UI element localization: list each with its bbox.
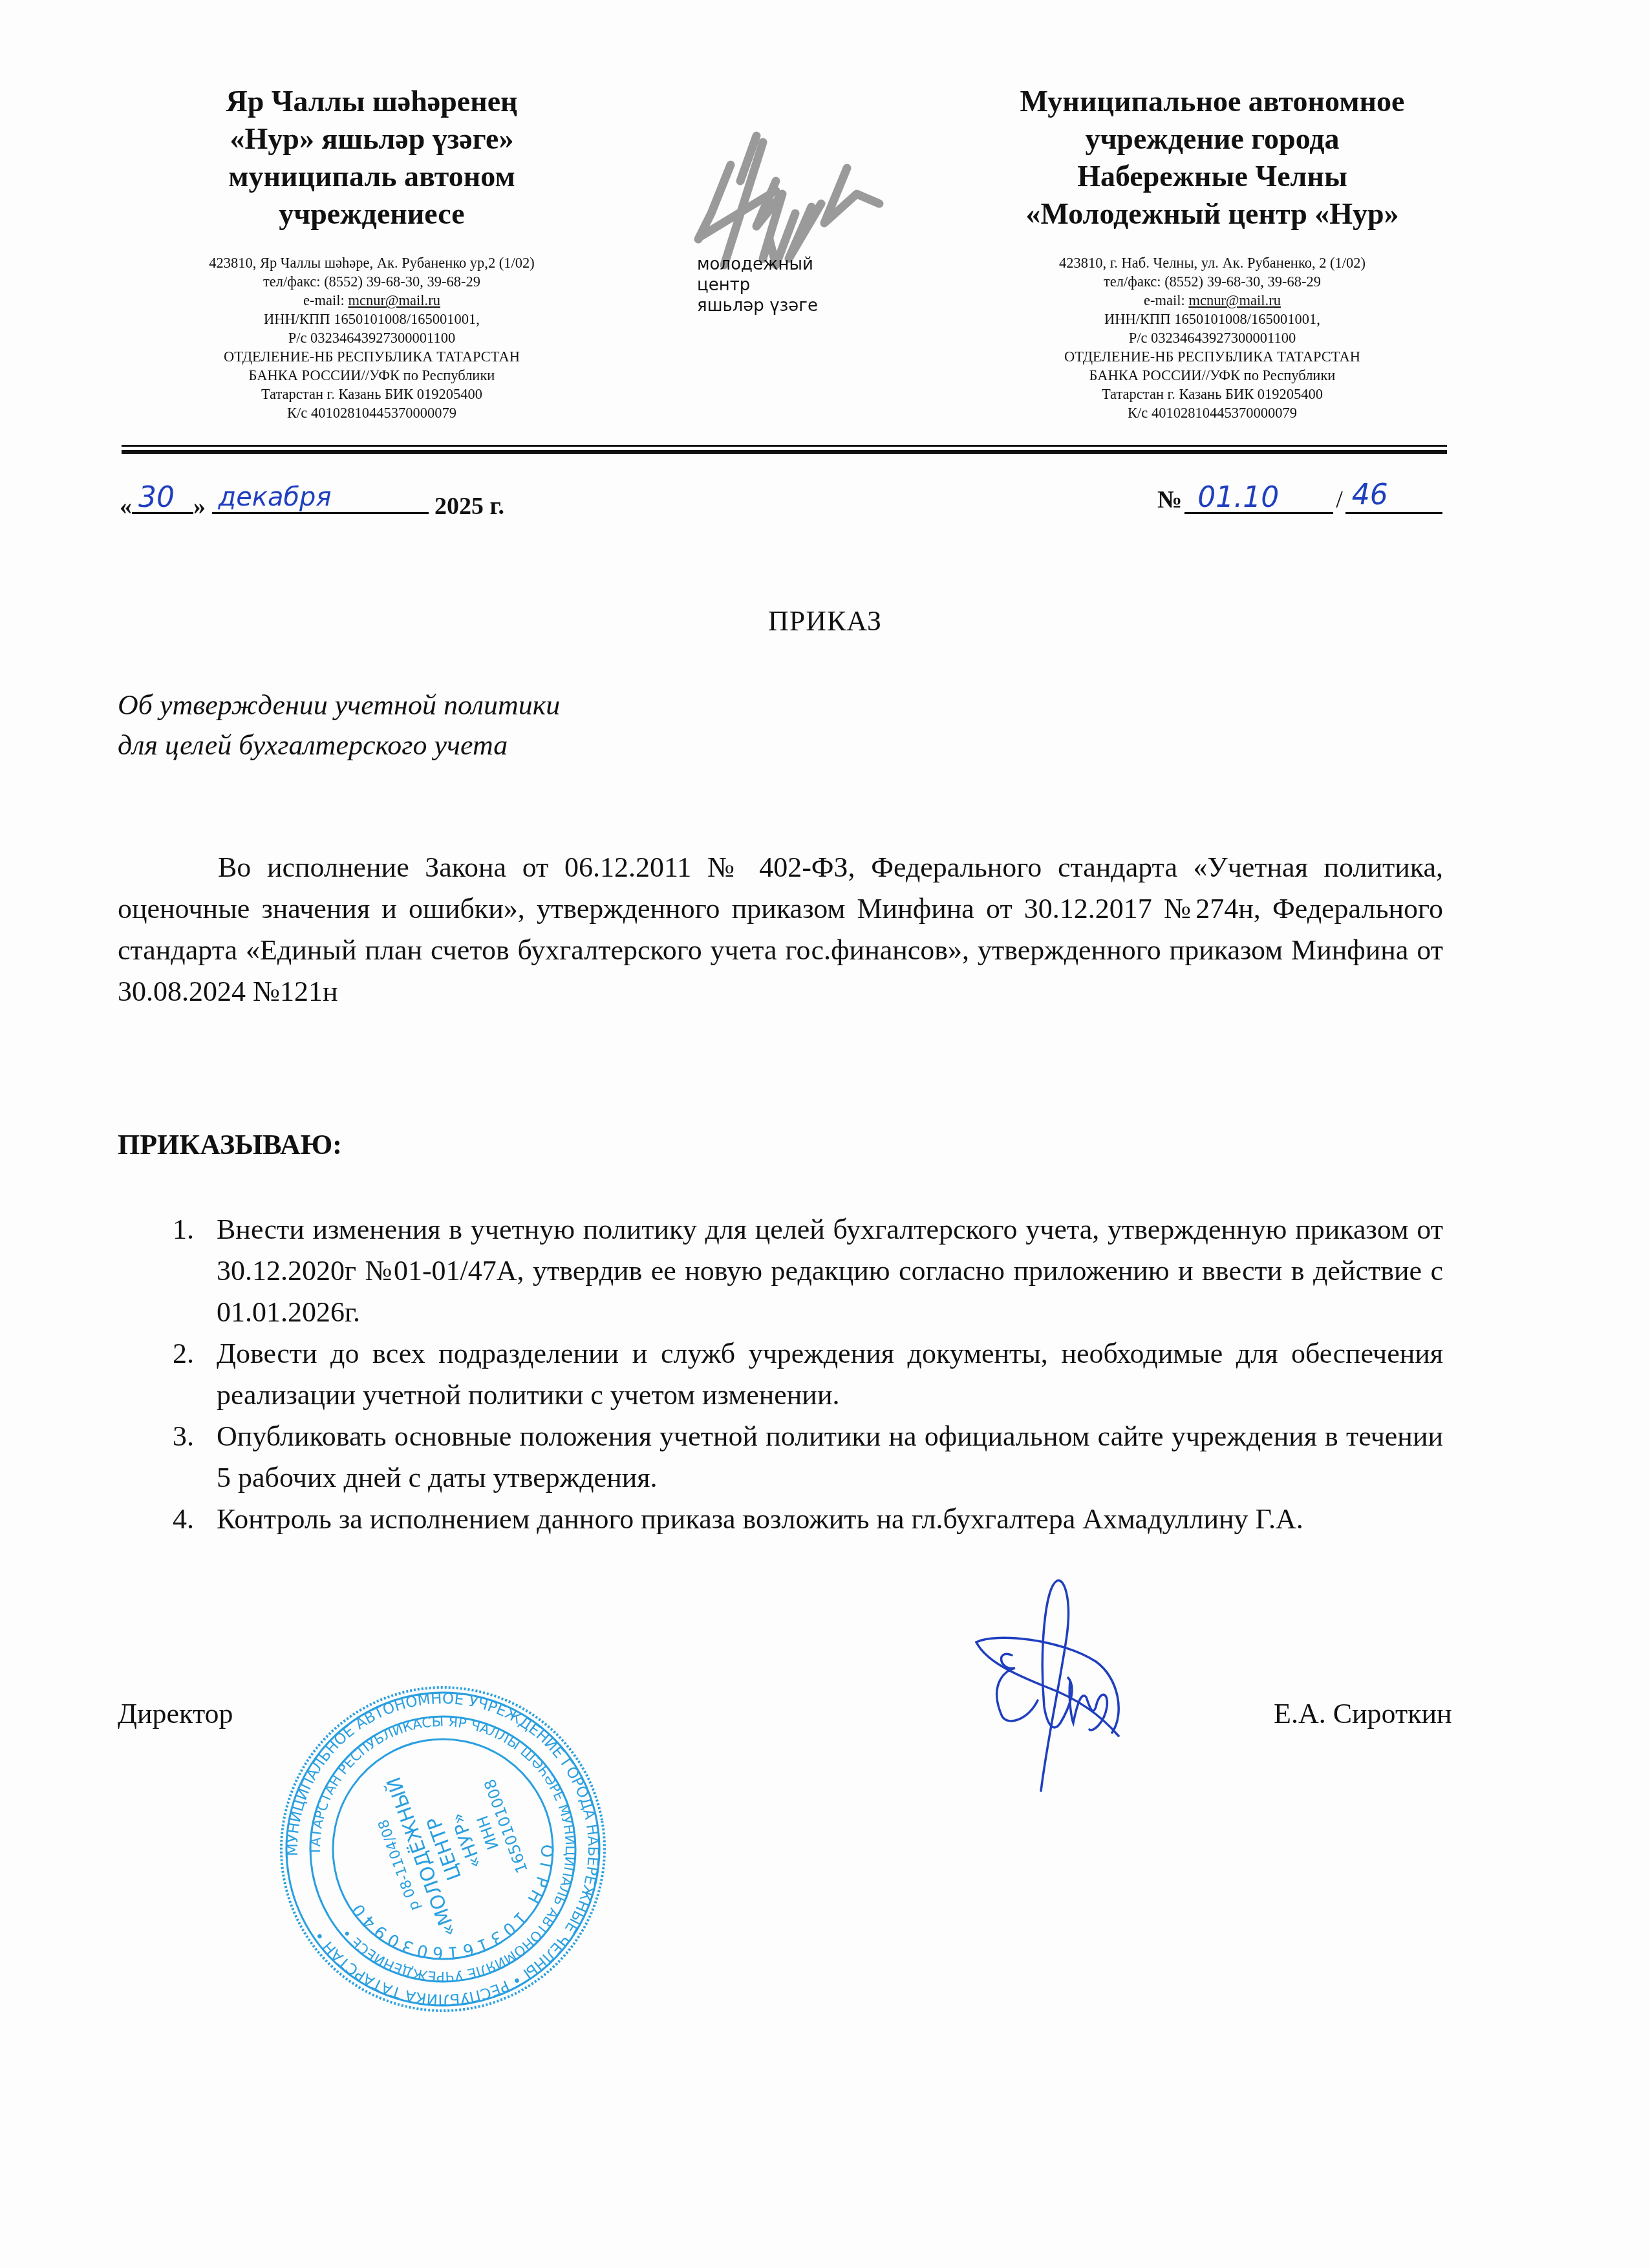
order-heading: ПРИКАЗЫВАЮ:	[118, 1128, 342, 1161]
number-field-1: 01.10	[1184, 484, 1333, 514]
org-name-line: учреждениесе	[139, 195, 605, 233]
org-name-line: «Нур» яшьләр үзәге»	[139, 120, 605, 158]
item-text: Довести до всех подразделении и служб уч…	[217, 1338, 1443, 1411]
email-link[interactable]: mcnur@mail.ru	[1188, 292, 1281, 308]
org-name-line: учреждение города	[976, 120, 1448, 158]
document-page: Яр Чаллы шәһәренең «Нур» яшьләр үзәге» м…	[0, 0, 1650, 2268]
header-left-tatar: Яр Чаллы шәһәренең «Нур» яшьләр үзәге» м…	[139, 83, 605, 422]
order-items-list: 1.Внести изменения в учетную политику дл…	[118, 1209, 1443, 1540]
header-divider-thin	[122, 445, 1447, 447]
day-field: 30	[132, 484, 193, 514]
logo-caption-line: центр	[697, 275, 818, 295]
official-stamp-icon: МУНИЦИПАЛЬНОЕ АВТОНОМНОЕ УЧРЕЖДЕНИЕ ГОРО…	[275, 1681, 611, 2017]
header-divider-thick	[122, 450, 1447, 454]
month-field: декабря	[212, 484, 429, 514]
order-item: 4.Контроль за исполнением данного приказ…	[118, 1499, 1443, 1540]
email-line: e-mail: mcnur@mail.ru	[139, 291, 605, 310]
year: 2025 г.	[434, 493, 504, 520]
logo-caption-line: яшьләр үзәге	[697, 295, 818, 316]
item-number: 2.	[173, 1333, 194, 1375]
subject-line: Об утверждении учетной политики	[118, 685, 560, 725]
number-separator: /	[1336, 486, 1343, 513]
signatory-name: Е.А. Сироткин	[1274, 1697, 1452, 1730]
org-name-line: Муниципальное автономное	[976, 83, 1448, 120]
logo-caption-line: молодежный	[697, 254, 818, 275]
item-number: 1.	[173, 1209, 194, 1250]
document-date: «30» декабря 2025 г.	[120, 484, 504, 520]
signatory-role: Директор	[118, 1697, 233, 1730]
org-name-line: Набережные Челны	[976, 158, 1448, 195]
inn-kpp: ИНН/КПП 1650101008/165001001,	[976, 310, 1448, 328]
item-text: Внести изменения в учетную политику для …	[217, 1214, 1443, 1328]
header-right-russian: Муниципальное автономное учреждение горо…	[976, 83, 1448, 422]
handwritten-signature-icon	[957, 1578, 1151, 1797]
order-item: 1.Внести изменения в учетную политику дл…	[118, 1209, 1443, 1333]
org-name-line: Яр Чаллы шәһәренең	[139, 83, 605, 120]
number-part1-handwritten: 01.10	[1197, 481, 1279, 514]
quote-close: »	[193, 493, 206, 520]
address: 423810, г. Наб. Челны, ул. Ак. Рубаненко…	[976, 253, 1448, 272]
item-text: Контроль за исполнением данного приказа …	[217, 1503, 1303, 1535]
corr-account: К/с 40102810445370000079	[139, 403, 605, 422]
email-label: e-mail:	[303, 292, 348, 308]
email-link[interactable]: mcnur@mail.ru	[348, 292, 440, 308]
org-details-russian: 423810, г. Наб. Челны, ул. Ак. Рубаненко…	[976, 253, 1448, 422]
corr-account: К/с 40102810445370000079	[976, 403, 1448, 422]
number-part2-handwritten: 46	[1352, 478, 1388, 511]
number-sign: №	[1157, 486, 1182, 513]
org-name-tatar: Яр Чаллы шәһәренең «Нур» яшьләр үзәге» м…	[139, 83, 605, 233]
document-subject: Об утверждении учетной политики для целе…	[118, 685, 560, 765]
org-name-line: муниципаль автоном	[139, 158, 605, 195]
day-handwritten: 30	[138, 481, 175, 514]
item-text: Опубликовать основные положения учетной …	[217, 1420, 1443, 1493]
number-field-2: 46	[1345, 484, 1442, 514]
quote-open: «	[120, 493, 132, 520]
bank-account: Р/с 03234643927300001100	[976, 328, 1448, 347]
bank-name-1: ОТДЕЛЕНИЕ-НБ РЕСПУБЛИКА ТАТАРСТАН	[976, 347, 1448, 366]
address: 423810, Яр Чаллы шәһәре, Ак. Рубаненко у…	[139, 253, 605, 272]
document-title: ПРИКАЗ	[0, 604, 1650, 637]
bank-account: Р/с 03234643927300001100	[139, 328, 605, 347]
bank-name-2: БАНКА РОССИИ//УФК по Республики	[976, 366, 1448, 385]
document-number: №01.10/46	[1157, 484, 1442, 514]
item-number: 3.	[173, 1416, 194, 1457]
email-label: e-mail:	[1144, 292, 1188, 308]
phone: тел/факс: (8552) 39-68-30, 39-68-29	[976, 272, 1448, 291]
bank-name-2: БАНКА РОССИИ//УФК по Республики	[139, 366, 605, 385]
order-item: 2.Довести до всех подразделении и служб …	[118, 1333, 1443, 1416]
org-name-russian: Муниципальное автономное учреждение горо…	[976, 83, 1448, 233]
month-handwritten: декабря	[219, 482, 332, 512]
bank-bik: Татарстан г. Казань БИК 019205400	[139, 385, 605, 403]
org-name-line: «Молодежный центр «Нур»	[976, 195, 1448, 233]
org-details-tatar: 423810, Яр Чаллы шәһәре, Ак. Рубаненко у…	[139, 253, 605, 422]
bank-name-1: ОТДЕЛЕНИЕ-НБ РЕСПУБЛИКА ТАТАРСТАН	[139, 347, 605, 366]
bank-bik: Татарстан г. Казань БИК 019205400	[976, 385, 1448, 403]
inn-kpp: ИНН/КПП 1650101008/165001001,	[139, 310, 605, 328]
phone: тел/факс: (8552) 39-68-30, 39-68-29	[139, 272, 605, 291]
subject-line: для целей бухгалтерского учета	[118, 725, 560, 765]
logo-caption: молодежный центр яшьләр үзәге	[697, 254, 818, 316]
preamble-paragraph: Во исполнение Закона от 06.12.2011 № 402…	[118, 847, 1443, 1012]
email-line: e-mail: mcnur@mail.ru	[976, 291, 1448, 310]
order-item: 3.Опубликовать основные положения учетно…	[118, 1416, 1443, 1499]
item-number: 4.	[173, 1499, 194, 1540]
